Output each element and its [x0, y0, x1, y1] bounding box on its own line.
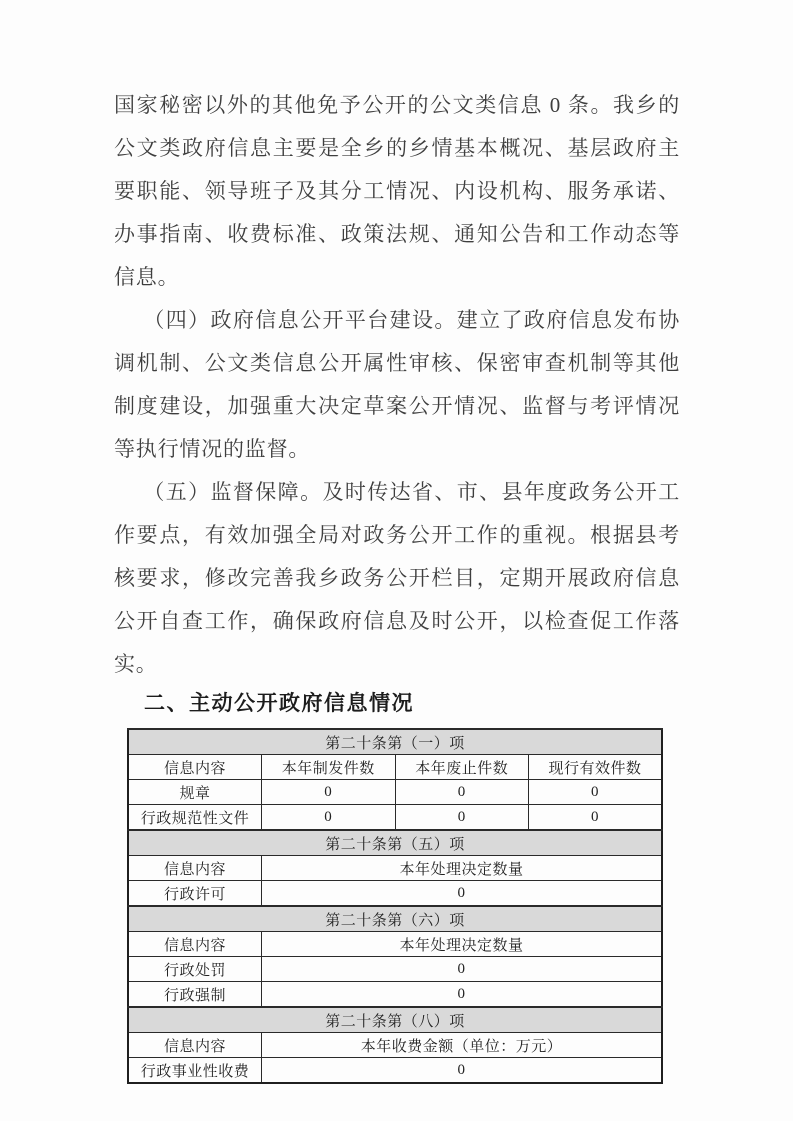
value-cell: 0	[395, 805, 529, 831]
table-header-row: 信息内容本年处理决定数量	[128, 856, 662, 881]
value-cell: 0	[262, 982, 663, 1008]
value-cell: 本年制发件数	[262, 755, 396, 780]
table-band-row: 第二十条第（一）项	[128, 729, 662, 755]
disclosure-table-body: 第二十条第（一）项信息内容本年制发件数本年废止件数现行有效件数规章000行政规范…	[128, 729, 662, 1083]
row-label-cell: 行政事业性收费	[128, 1058, 262, 1084]
table-band-row: 第二十条第（六）项	[128, 906, 662, 932]
table-row: 行政事业性收费0	[128, 1058, 662, 1084]
row-label-cell: 信息内容	[128, 1033, 262, 1058]
row-label-cell: 行政强制	[128, 982, 262, 1008]
row-label-cell: 行政规范性文件	[128, 805, 262, 831]
value-cell: 0	[262, 1058, 663, 1084]
table-band-cell: 第二十条第（六）项	[128, 906, 662, 932]
value-cell: 本年处理决定数量	[262, 932, 663, 957]
table-row: 行政强制0	[128, 982, 662, 1008]
body-paragraph: 国家秘密以外的其他免予公开的公文类信息 0 条。我乡的公文类政府信息主要是全乡的…	[114, 84, 680, 299]
table-band-row: 第二十条第（五）项	[128, 830, 662, 856]
table-row: 行政处罚0	[128, 957, 662, 982]
document-content: 国家秘密以外的其他免予公开的公文类信息 0 条。我乡的公文类政府信息主要是全乡的…	[114, 84, 680, 1084]
row-label-cell: 行政许可	[128, 881, 262, 907]
value-cell: 0	[529, 805, 663, 831]
body-paragraph: （四）政府信息公开平台建设。建立了政府信息发布协调机制、公文类信息公开属性审核、…	[114, 299, 680, 471]
table-row: 行政规范性文件000	[128, 805, 662, 831]
row-label-cell: 信息内容	[128, 755, 262, 780]
row-label-cell: 信息内容	[128, 856, 262, 881]
value-cell: 0	[262, 957, 663, 982]
table-header-row: 信息内容本年处理决定数量	[128, 932, 662, 957]
table-band-row: 第二十条第（八）项	[128, 1007, 662, 1033]
disclosure-table: 第二十条第（一）项信息内容本年制发件数本年废止件数现行有效件数规章000行政规范…	[127, 728, 663, 1084]
value-cell: 0	[262, 805, 396, 831]
value-cell: 现行有效件数	[529, 755, 663, 780]
row-label-cell: 信息内容	[128, 932, 262, 957]
row-label-cell: 规章	[128, 780, 262, 805]
value-cell: 本年废止件数	[395, 755, 529, 780]
row-label-cell: 行政处罚	[128, 957, 262, 982]
table-header-row: 信息内容本年收费金额（单位：万元）	[128, 1033, 662, 1058]
document-page: 国家秘密以外的其他免予公开的公文类信息 0 条。我乡的公文类政府信息主要是全乡的…	[0, 0, 793, 1121]
table-band-cell: 第二十条第（五）项	[128, 830, 662, 856]
value-cell: 0	[262, 780, 396, 805]
table-band-cell: 第二十条第（一）项	[128, 729, 662, 755]
table-band-cell: 第二十条第（八）项	[128, 1007, 662, 1033]
value-cell: 0	[262, 881, 663, 907]
body-paragraph: （五）监督保障。及时传达省、市、县年度政务公开工作要点，有效加强全局对政务公开工…	[114, 471, 680, 686]
table-header-row: 信息内容本年制发件数本年废止件数现行有效件数	[128, 755, 662, 780]
table-row: 规章000	[128, 780, 662, 805]
value-cell: 本年处理决定数量	[262, 856, 663, 881]
value-cell: 0	[529, 780, 663, 805]
section-heading: 二、主动公开政府信息情况	[144, 689, 680, 719]
table-row: 行政许可0	[128, 881, 662, 907]
value-cell: 本年收费金额（单位：万元）	[262, 1033, 663, 1058]
value-cell: 0	[395, 780, 529, 805]
